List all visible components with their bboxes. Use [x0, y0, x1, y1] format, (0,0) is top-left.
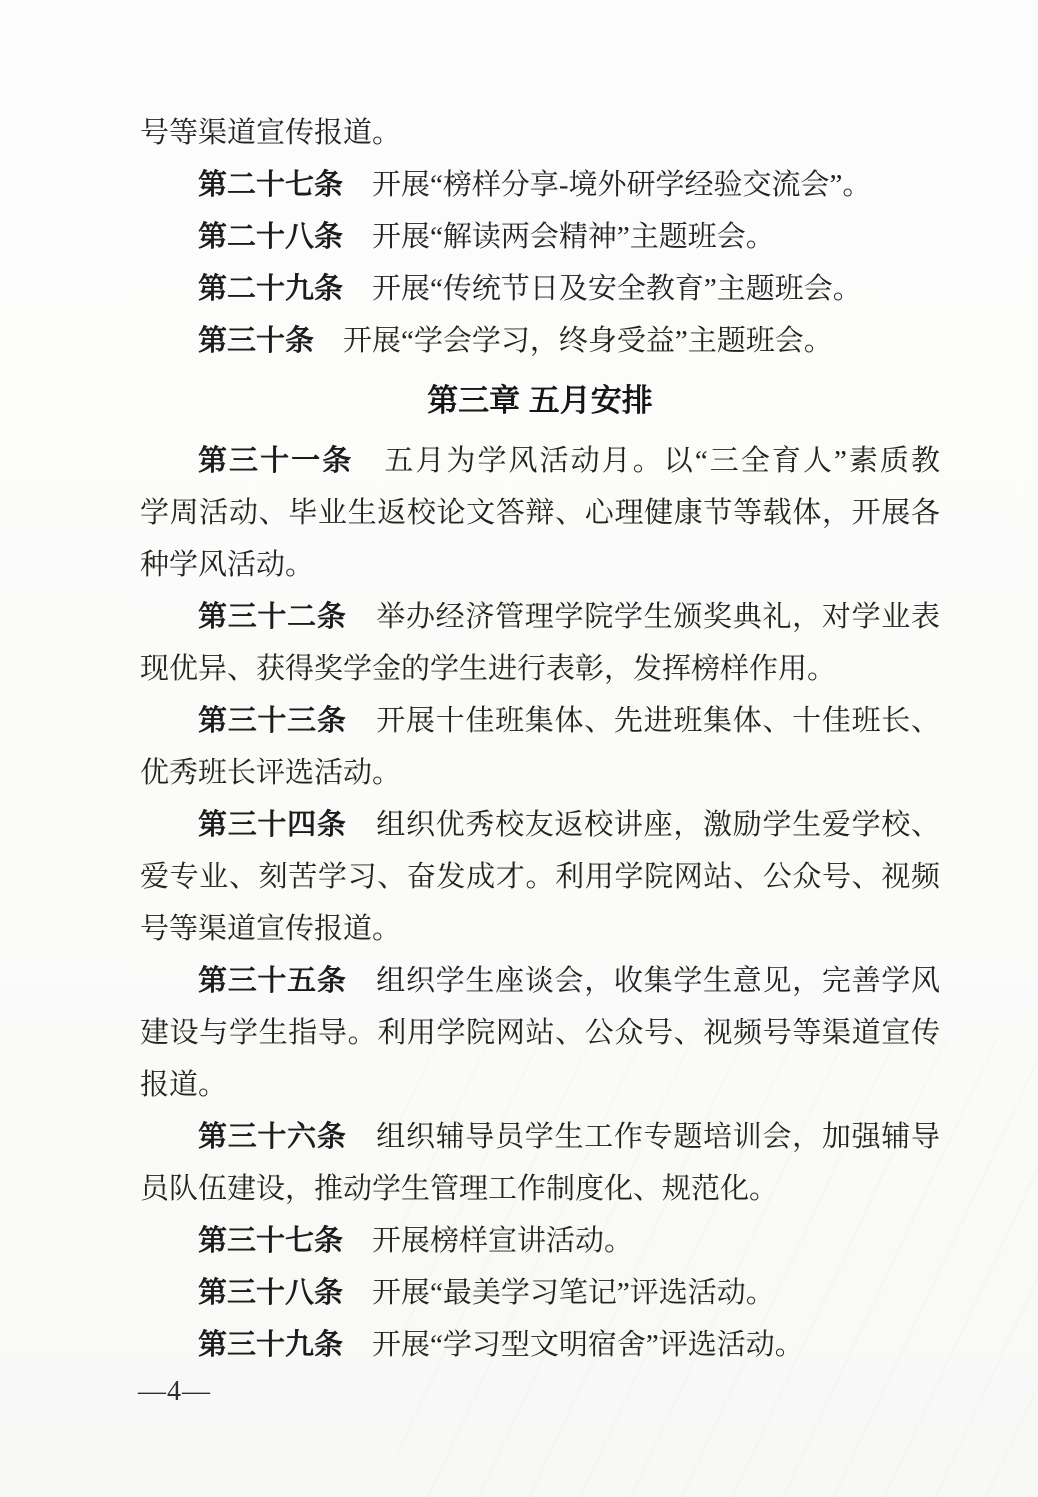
article-number: 第三十二条: [198, 601, 347, 633]
text-line: 第三十一条 五月为学风活动月。以“三全育人”素质教: [140, 435, 940, 487]
text-line: 第三十四条 组织优秀校友返校讲座，激励学生爱学校、: [140, 799, 940, 851]
text-line: 第三十条 开展“学会学习，终身受益”主题班会。: [140, 315, 940, 367]
line-text: 学周活动、毕业生返校论文答辩、心理健康节等载体，开展各: [140, 497, 940, 529]
article-number: 第二十七条: [198, 169, 343, 201]
article-number: 第三十五条: [198, 965, 347, 997]
line-text: 现优异、获得奖学金的学生进行表彰，发挥榜样作用。: [140, 653, 836, 685]
text-line: 第三十六条 组织辅导员学生工作专题培训会，加强辅导: [140, 1111, 940, 1163]
text-line: 现优异、获得奖学金的学生进行表彰，发挥榜样作用。: [140, 643, 940, 695]
line-text: 组织优秀校友返校讲座，激励学生爱学校、: [347, 809, 940, 841]
line-text: 举办经济管理学院学生颁奖典礼，对学业表: [347, 601, 940, 633]
line-text: 开展“最美学习笔记”评选活动。: [343, 1277, 775, 1309]
line-text: 报道。: [140, 1069, 227, 1101]
line-text: 种学风活动。: [140, 549, 314, 581]
text-line: 第三十八条 开展“最美学习笔记”评选活动。: [140, 1267, 940, 1319]
text-line: 种学风活动。: [140, 539, 940, 591]
text-line: 第三十九条 开展“学习型文明宿舍”评选活动。: [140, 1319, 940, 1371]
article-number: 第二十八条: [198, 221, 343, 253]
article-number: 第三十四条: [198, 809, 347, 841]
article-number: 第三十条: [198, 325, 314, 357]
text-line: 优秀班长评选活动。: [140, 747, 940, 799]
line-text: 开展十佳班集体、先进班集体、十佳班长、: [347, 705, 940, 737]
text-line: 第三十七条 开展榜样宣讲活动。: [140, 1215, 940, 1267]
article-number: 第三十一条: [198, 445, 353, 477]
text-line: 第二十七条 开展“榜样分享-境外研学经验交流会”。: [140, 159, 940, 211]
line-text: 开展“学习型文明宿舍”评选活动。: [343, 1329, 804, 1361]
text-line: 第二十八条 开展“解读两会精神”主题班会。: [140, 211, 940, 263]
article-number: 第三十八条: [198, 1277, 343, 1309]
text-line: 第三十二条 举办经济管理学院学生颁奖典礼，对学业表: [140, 591, 940, 643]
line-text: 号等渠道宣传报道。: [140, 913, 401, 945]
text-line: 第三十三条 开展十佳班集体、先进班集体、十佳班长、: [140, 695, 940, 747]
article-number: 第三十六条: [198, 1121, 347, 1153]
line-text: 组织学生座谈会，收集学生意见，完善学风: [347, 965, 940, 997]
text-line: 建设与学生指导。利用学院网站、公众号、视频号等渠道宣传: [140, 1007, 940, 1059]
document-body: 号等渠道宣传报道。 第二十七条 开展“榜样分享-境外研学经验交流会”。 第二十八…: [140, 107, 940, 1371]
line-text: 五月为学风活动月。以“三全育人”素质教: [353, 445, 940, 477]
article-number: 第三十九条: [198, 1329, 343, 1361]
article-number: 第三十七条: [198, 1225, 343, 1257]
line-text: 开展“学会学习，终身受益”主题班会。: [314, 325, 833, 357]
text-line: 第三十五条 组织学生座谈会，收集学生意见，完善学风: [140, 955, 940, 1007]
line-text: 开展榜样宣讲活动。: [343, 1225, 633, 1257]
line-text: 号等渠道宣传报道。: [140, 117, 401, 149]
text-line: 报道。: [140, 1059, 940, 1111]
page-number: —4—: [138, 1376, 211, 1408]
document-page: 号等渠道宣传报道。 第二十七条 开展“榜样分享-境外研学经验交流会”。 第二十八…: [0, 0, 1038, 1497]
article-number: 第二十九条: [198, 273, 343, 305]
line-text: 开展“传统节日及安全教育”主题班会。: [343, 273, 862, 305]
text-line: 第二十九条 开展“传统节日及安全教育”主题班会。: [140, 263, 940, 315]
line-text: 组织辅导员学生工作专题培训会，加强辅导: [347, 1121, 940, 1153]
text-line: 爱专业、刻苦学习、奋发成才。利用学院网站、公众号、视频: [140, 851, 940, 903]
text-line: 员队伍建设，推动学生管理工作制度化、规范化。: [140, 1163, 940, 1215]
article-number: 第三十三条: [198, 705, 347, 737]
text-line: 学周活动、毕业生返校论文答辩、心理健康节等载体，开展各: [140, 487, 940, 539]
text-line: 号等渠道宣传报道。: [140, 107, 940, 159]
line-text: 建设与学生指导。利用学院网站、公众号、视频号等渠道宣传: [140, 1017, 940, 1049]
text-line: 号等渠道宣传报道。: [140, 903, 940, 955]
chapter-heading: 第三章 五月安排: [140, 375, 940, 427]
line-text: 开展“榜样分享-境外研学经验交流会”。: [343, 169, 871, 201]
line-text: 员队伍建设，推动学生管理工作制度化、规范化。: [140, 1173, 778, 1205]
line-text: 开展“解读两会精神”主题班会。: [343, 221, 775, 253]
line-text: 爱专业、刻苦学习、奋发成才。利用学院网站、公众号、视频: [140, 861, 940, 893]
line-text: 优秀班长评选活动。: [140, 757, 401, 789]
